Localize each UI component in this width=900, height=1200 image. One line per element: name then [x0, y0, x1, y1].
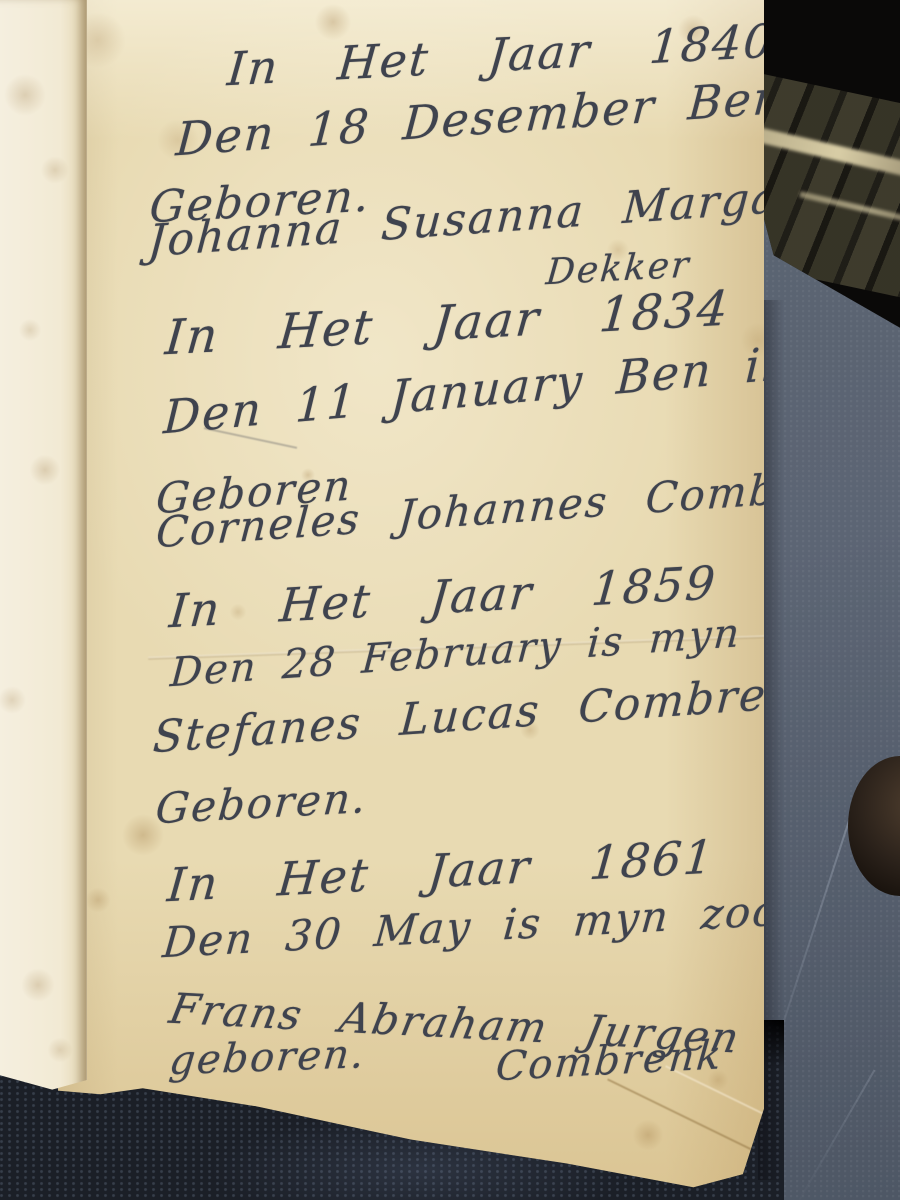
paper-stain-overlay	[0, 0, 86, 1200]
photo-of-register-page: { "colors": { "paper": "#e8dab2", "facin…	[0, 0, 900, 1200]
handwriting-line: geboren.	[167, 1031, 368, 1084]
handwritten-register-page: In Het Jaar 1840 Den 18 Desember Ben ik …	[58, 0, 764, 1192]
facing-page-edge	[0, 0, 87, 1200]
